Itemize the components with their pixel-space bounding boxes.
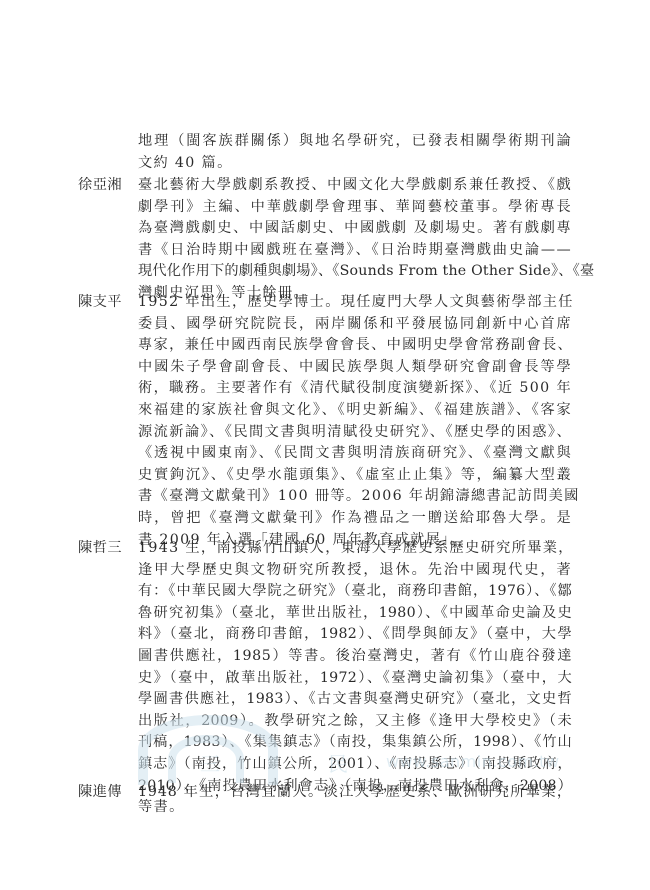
author-name: 徐亞湘: [78, 175, 138, 197]
text-line: 料》（臺北，商務印書館，1982）、《問學與師友》（臺中，大學: [138, 624, 572, 646]
text-line: 史》（臺中，啟華出版社，1972）、《臺灣史論初集》（臺中，大: [138, 668, 572, 690]
text-line: 時，曾把《臺灣文獻彙刊》作為禮品之一贈送給耶魯大學。是: [138, 508, 572, 530]
text-line: 劇學刊》主編、中華戲劇學會理事、華岡藝校董事。學術專長: [138, 197, 572, 219]
text-line: 書《臺灣文獻彙刊》100 冊等。2006 年胡錦濤總書記訪問美國: [138, 486, 572, 508]
text-line: 1948 年生，台灣宜蘭人。淡江大學歷史系、歐洲研究所畢業，: [138, 782, 572, 804]
text-line: 中國朱子學會副會長、中國民族學與人類學研究會副會長等學: [138, 357, 572, 379]
text-line: 刊稿，1983）、《集集鎮志》（南投，集集鎮公所，1998）、《竹山: [138, 732, 572, 754]
author-name: 陳支平: [78, 292, 138, 314]
author-name: 陳哲三: [78, 538, 138, 560]
text-line: 《透視中國東南》、《民間文書與明清族商研究》、《臺灣文獻與: [138, 443, 572, 465]
text-line: 有：《中華民國大學院之研究》（臺北，商務印書館，1976）、《鄒: [138, 581, 572, 603]
text-line: 逢甲大學歷史與文物研究所教授，退休。先治中國現代史，著: [138, 560, 572, 582]
book-page: 地理（閩客族群關係）與地名學研究，已發表相關學術期刊論 文約 40 篇。 徐亞湘…: [0, 0, 650, 890]
text-line: 委員、國學研究院院長，兩岸關係和平發展協同創新中心首席: [138, 314, 572, 336]
entry-body: 地理（閩客族群關係）與地名學研究，已發表相關學術期刊論 文約 40 篇。: [138, 131, 572, 174]
text-line: 鎮志》（南投，竹山鎮公所，2001）、《南投縣志》（南投縣政府，: [138, 754, 572, 776]
text-line: 書《日治時期中國戲班在臺灣》、《日治時期臺灣戲曲史論——: [138, 240, 572, 262]
text-line: 1943 生，南投縣竹山鎮人，東海大學歷史系歷史研究所畢業，: [138, 538, 572, 560]
text-line: 魯研究初集》（臺北，華世出版社，1980）、《中國革命史論及史: [138, 603, 572, 625]
text-line: 為臺灣戲劇史、中國話劇史、中國戲劇 及劇場史。著有戲劇專: [138, 218, 572, 240]
text-line: 出版社，2009）。教學研究之餘，又主修《逢甲大學校史》（未: [138, 711, 572, 733]
text-line: 文約 40 篇。: [138, 153, 572, 175]
text-line: 圖書供應社，1985）等書。後治臺灣史，著有《竹山鹿谷發達: [138, 646, 572, 668]
text-line: 1952 年出生，歷史學博士。現任廈門大學人文與藝術學部主任: [138, 292, 572, 314]
author-name: 陳進傳: [78, 782, 138, 804]
text-line: 學圖書供應社，1983）、《古文書與臺灣史研究》（臺北，文史哲: [138, 689, 572, 711]
text-line: 臺北藝術大學戲劇系教授、中國文化大學戲劇系兼任教授、《戲: [138, 175, 572, 197]
text-line: 現代化作用下的劇種與劇場》、《Sounds From the Other Sid…: [138, 261, 572, 283]
text-line: 來福建的家族社會與文化》、《明史新編》、《福建族譜》、《客家: [138, 400, 572, 422]
entry-body: 1943 生，南投縣竹山鎮人，東海大學歷史系歷史研究所畢業， 逢甲大學歷史與文物…: [138, 538, 572, 819]
text-line: 地理（閩客族群關係）與地名學研究，已發表相關學術期刊論: [138, 131, 572, 153]
entry-body: 1952 年出生，歷史學博士。現任廈門大學人文與藝術學部主任 委員、國學研究院院…: [138, 292, 572, 551]
text-line: 史實鉤沉》、《史學水龍頭集》、《虛室止止集》等，編纂大型叢: [138, 465, 572, 487]
entry-body: 臺北藝術大學戲劇系教授、中國文化大學戲劇系兼任教授、《戲 劇學刊》主編、中華戲劇…: [138, 175, 572, 305]
text-line: 術，職務。主要著作有《清代賦役制度演變新探》、《近 500 年: [138, 378, 572, 400]
entry-body: 1948 年生，台灣宜蘭人。淡江大學歷史系、歐洲研究所畢業，: [138, 782, 572, 804]
text-line: 專家，兼任中國西南民族學會會長、中國明史學會常務副會長、: [138, 335, 572, 357]
text-line: 源流新論》、《民間文書與明清賦役史研究》、《歷史學的困惑》、: [138, 422, 572, 444]
